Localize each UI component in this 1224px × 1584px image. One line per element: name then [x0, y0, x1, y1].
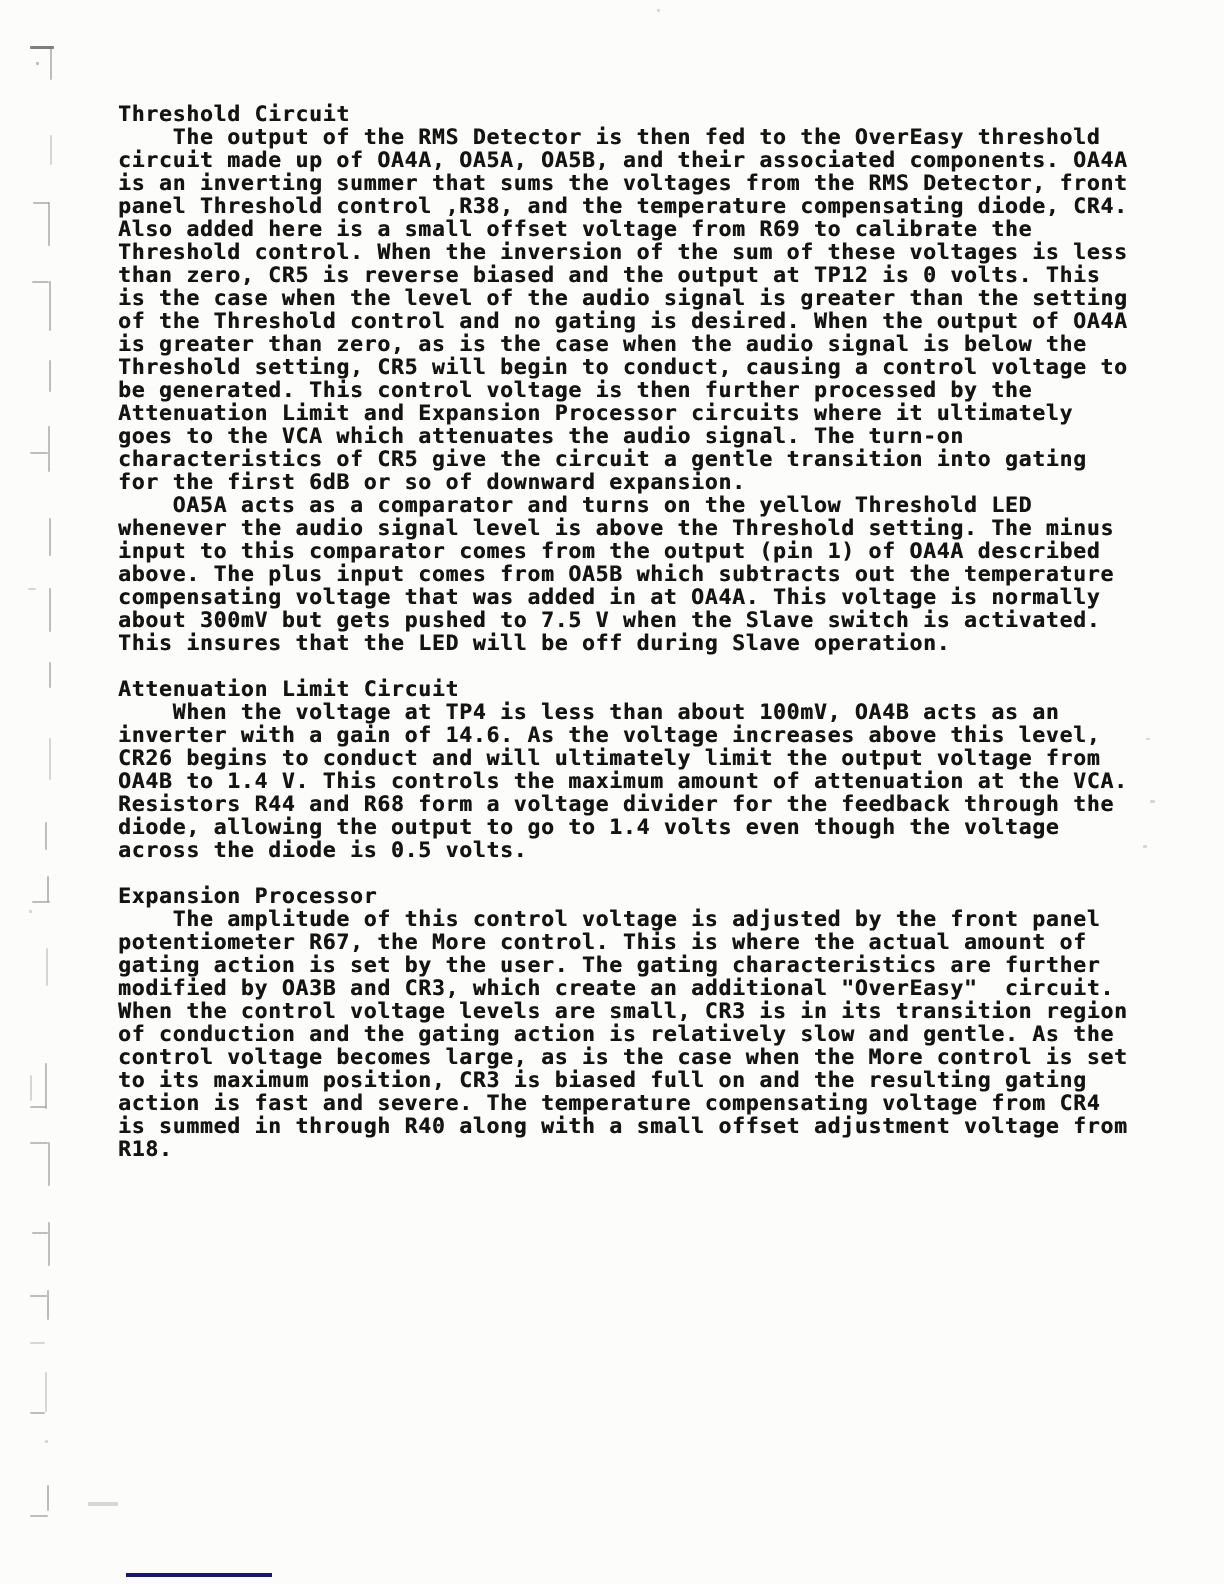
scan-mark	[47, 1485, 49, 1511]
scan-mark	[30, 1142, 48, 1144]
section-heading: Attenuation Limit Circuit	[118, 678, 1178, 701]
scan-mark	[30, 452, 48, 454]
scanned-page: Threshold Circuit The output of the RMS …	[0, 0, 1224, 1584]
paragraph: When the voltage at TP4 is less than abo…	[118, 701, 1178, 862]
scan-mark	[33, 202, 49, 204]
section-threshold-circuit: Threshold Circuit The output of the RMS …	[118, 103, 1178, 655]
section-heading: Threshold Circuit	[118, 103, 1178, 126]
scan-mark	[30, 1106, 46, 1108]
scan-mark	[32, 901, 50, 903]
scan-mark	[45, 822, 47, 850]
section-attenuation-limit-circuit: Attenuation Limit Circuit When the volta…	[118, 678, 1178, 862]
scan-mark	[50, 48, 52, 80]
scan-mark	[30, 1342, 45, 1344]
scan-mark	[49, 662, 51, 688]
scan-mark	[46, 948, 48, 986]
scan-mark	[30, 1515, 48, 1517]
scan-mark	[47, 876, 49, 902]
scan-mark	[30, 1075, 32, 1101]
scan-mark	[49, 588, 51, 632]
scan-mark	[49, 360, 51, 392]
scan-mark	[657, 9, 660, 12]
scan-mark	[29, 910, 32, 913]
scan-mark	[47, 1290, 49, 1320]
document-content: Threshold Circuit The output of the RMS …	[118, 103, 1178, 1161]
scan-mark	[30, 1412, 45, 1414]
scan-mark	[32, 281, 49, 283]
scan-mark	[49, 281, 51, 331]
paragraph: The amplitude of this control voltage is…	[118, 908, 1178, 1161]
scan-mark	[49, 738, 51, 780]
scan-mark	[48, 1222, 50, 1266]
scan-mark	[49, 518, 51, 556]
paragraph: The output of the RMS Detector is then f…	[118, 126, 1178, 494]
scan-mark	[88, 1502, 118, 1506]
scan-mark	[48, 426, 50, 472]
scan-mark	[45, 1440, 48, 1443]
scan-mark	[50, 135, 52, 165]
scan-mark	[45, 1372, 47, 1412]
footer-scan-bar	[126, 1573, 272, 1577]
scan-mark	[45, 1063, 47, 1109]
scan-mark	[48, 1142, 50, 1186]
section-heading: Expansion Processor	[118, 885, 1178, 908]
scan-mark	[36, 62, 39, 65]
scan-mark	[30, 1295, 47, 1297]
scan-mark	[28, 588, 36, 590]
scan-mark	[48, 202, 50, 246]
section-expansion-processor: Expansion Processor The amplitude of thi…	[118, 885, 1178, 1161]
paragraph: OA5A acts as a comparator and turns on t…	[118, 494, 1178, 655]
scan-mark	[32, 1232, 48, 1234]
